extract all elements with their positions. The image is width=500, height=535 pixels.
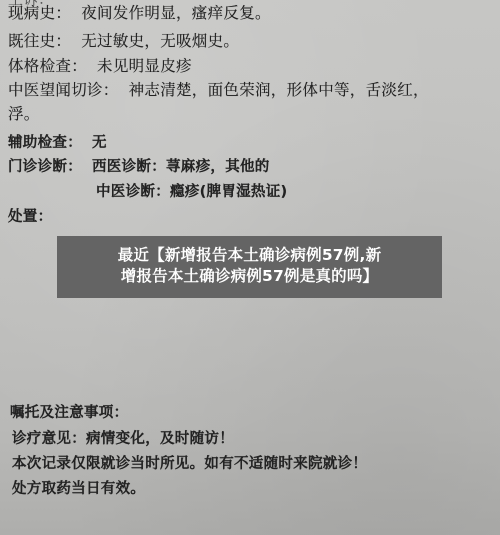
field-value: 夜间发作明显，瘙痒反复。 xyxy=(81,3,271,23)
instruction-item: 诊疗意见：病情变化，及时随访！ xyxy=(12,429,234,449)
field-value: 中医诊断：瘾疹(脾胃湿热证) xyxy=(96,182,287,202)
field-label: 既往史： xyxy=(8,31,71,51)
banner-line-1: 最近【新增报告本土确诊病例57例,新 xyxy=(65,245,434,266)
record-line-auxiliary-exam: 辅助检查：无 xyxy=(8,133,107,153)
instruction-item: 处方取药当日有效。 xyxy=(12,479,145,499)
record-line-present-illness: 现病史：夜间发作明显，瘙痒反复。 xyxy=(8,3,271,23)
field-label: 处置： xyxy=(8,207,52,227)
record-line-past-history: 既往史：无过敏史，无吸烟史。 xyxy=(8,31,239,51)
record-line-diagnosis-western: 门诊诊断：西医诊断：荨麻疹，其他的 xyxy=(8,157,270,177)
field-label: 中医望闻切诊： xyxy=(8,80,119,100)
title-banner: 最近【新增报告本土确诊病例57例,新 增报告本土确诊病例57例是真的吗】 xyxy=(57,236,442,298)
instruction-item: 本次记录仅限就诊当时所见。如有不适随时来院就诊！ xyxy=(12,454,367,474)
record-line-tcm-exam: 中医望闻切诊：神志清楚，面色荣润，形体中等，舌淡红， xyxy=(8,80,429,100)
field-label: 门诊诊断： xyxy=(8,157,82,177)
record-line-disposal: 处置： xyxy=(8,207,52,227)
field-value: 浮。 xyxy=(8,104,40,124)
field-label: 体格检查： xyxy=(8,56,87,76)
field-value: 无 xyxy=(92,133,107,153)
field-value: 神志清楚，面色荣润，形体中等，舌淡红， xyxy=(129,80,429,100)
field-value: 未见明显皮疹 xyxy=(97,56,192,76)
record-line-tcm-exam-cont: 浮。 xyxy=(8,104,40,124)
field-label: 辅助检查： xyxy=(8,133,82,153)
record-line-diagnosis-tcm: 中医诊断：瘾疹(脾胃湿热证) xyxy=(96,182,287,202)
record-line-physical-exam: 体格检查：未见明显皮疹 xyxy=(8,56,192,76)
field-value: 无过敏史，无吸烟史。 xyxy=(81,31,239,51)
field-label: 现病史： xyxy=(8,3,71,23)
banner-line-2: 增报告本土确诊病例57例是真的吗】 xyxy=(65,266,434,287)
instructions-heading: 嘱托及注意事项： xyxy=(10,403,128,423)
field-value: 西医诊断：荨麻疹，其他的 xyxy=(92,157,270,177)
